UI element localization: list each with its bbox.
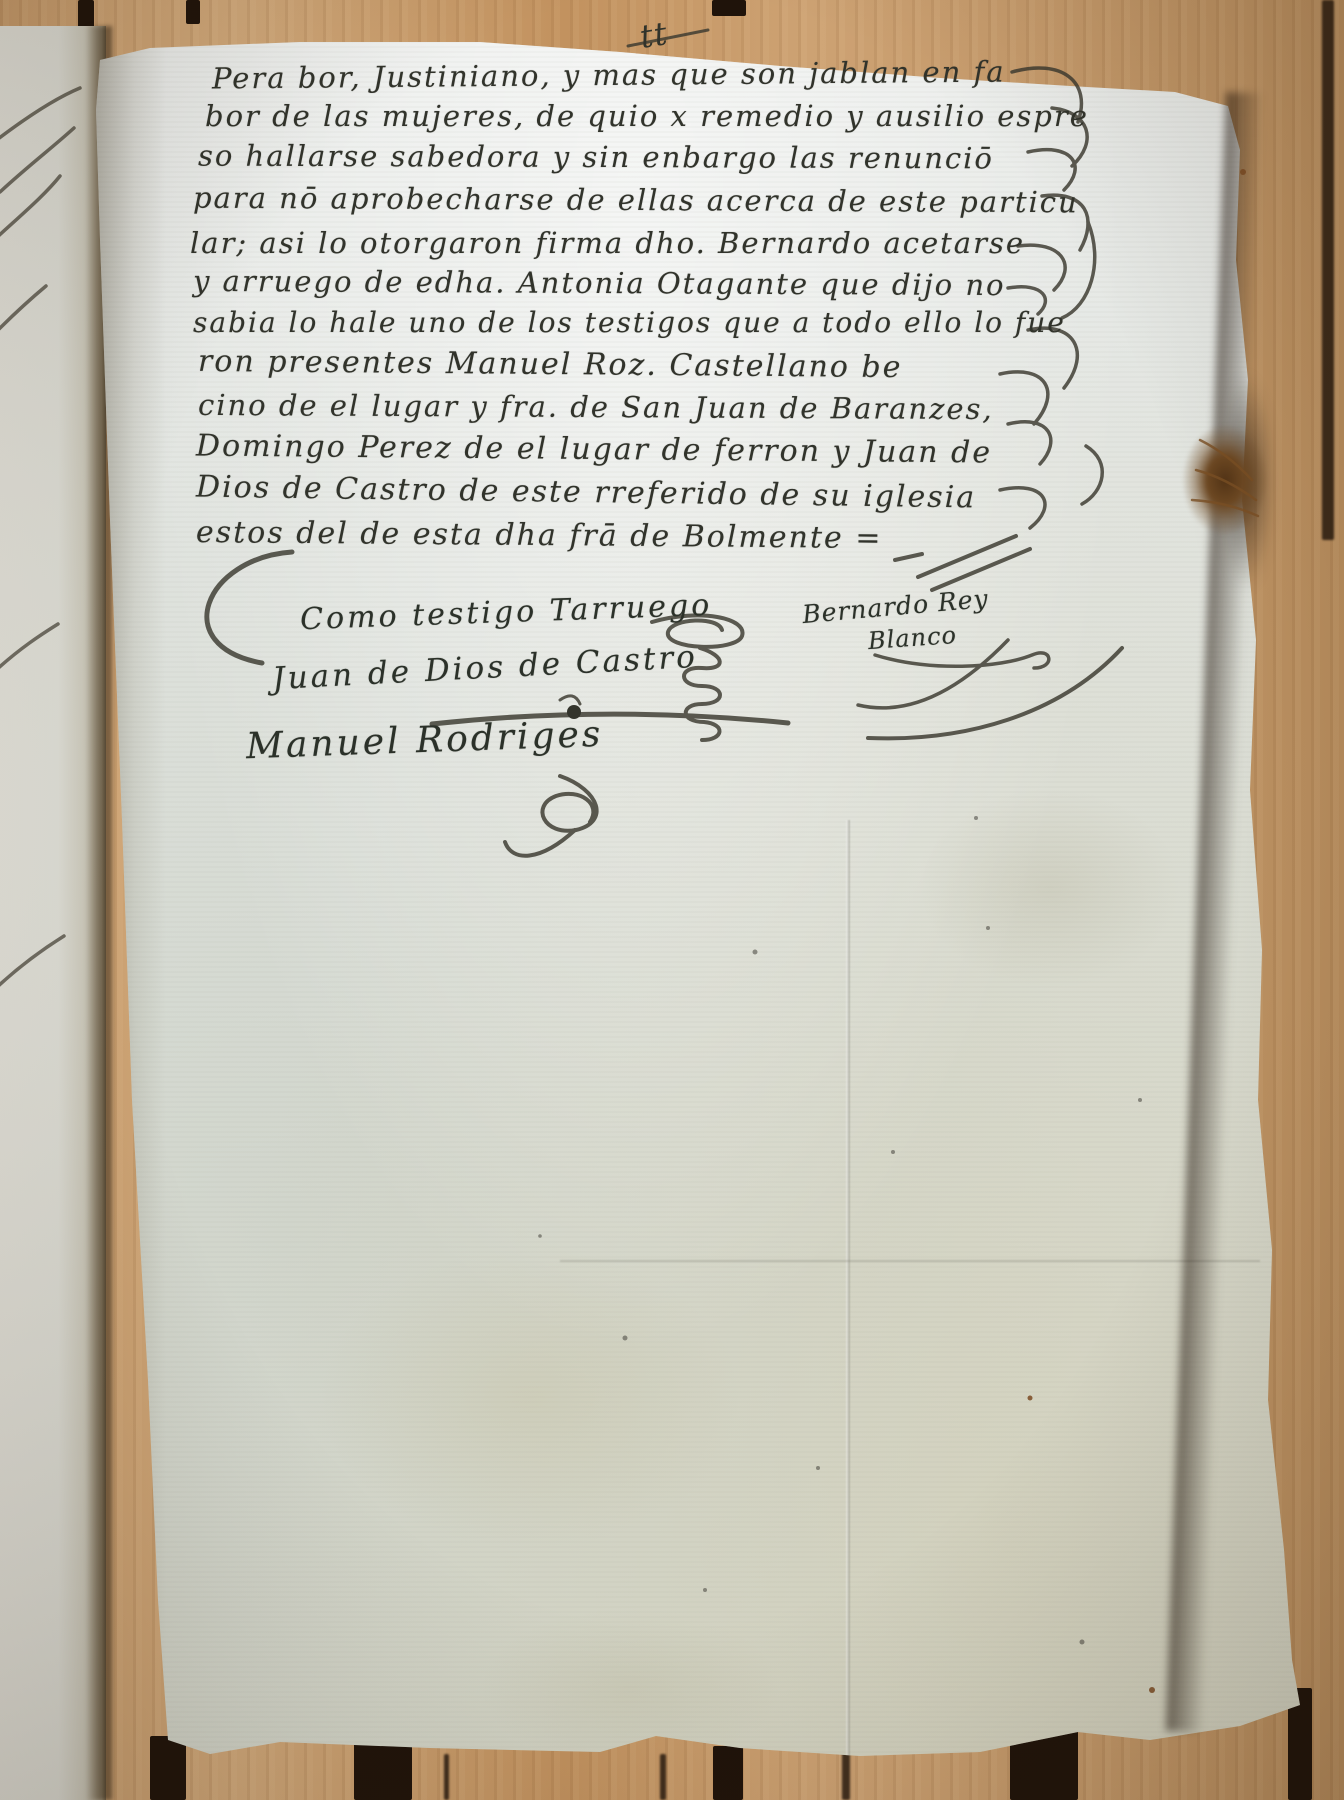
- manuscript-line: sabia lo hale uno de los testigos que a …: [193, 306, 1066, 339]
- manuscript-line: y arruego de edha. Antonia Otagante que …: [193, 264, 1006, 302]
- wood-plank-seam: [842, 1750, 850, 1800]
- vertical-crease: [846, 820, 850, 1760]
- wood-plank-seam: [444, 1754, 449, 1800]
- paper-stain: [320, 1248, 740, 1548]
- manuscript-line: so hallarse sabedora y sin enbargo las r…: [198, 139, 994, 176]
- manuscript-line: bor de las mujeres, de quio x remedio y …: [205, 99, 1089, 133]
- paper-stain: [920, 788, 1180, 988]
- manuscript-line: para nō aprobecharse de ellas acerca de …: [193, 181, 1079, 220]
- wood-plank-seam: [712, 0, 746, 16]
- manuscript-photo: tt Pera bor, Justiniano, y mas que son j…: [0, 0, 1344, 1800]
- wood-plank-seam: [713, 1746, 743, 1800]
- manuscript-line: Domingo Perez de el lugar de ferron y Ju…: [196, 429, 992, 471]
- wood-plank-seam: [186, 0, 200, 24]
- manuscript-line: cino de el lugar y fra. de San Juan de B…: [198, 388, 994, 426]
- header-cross-mark: tt: [637, 14, 670, 56]
- wood-plank-seam: [1322, 0, 1334, 540]
- manuscript-line: estos del de esta dha frā de Bolmente =: [196, 515, 883, 556]
- horizontal-crease: [560, 1260, 1260, 1262]
- manuscript-line: lar; asi lo otorgaron firma dho. Bernard…: [190, 226, 1025, 260]
- wood-plank-seam: [660, 1754, 666, 1800]
- manuscript-line: Pera bor, Justiniano, y mas que son jabl…: [212, 55, 1006, 96]
- manuscript-line: ron presentes Manuel Roz. Castellano be: [198, 344, 903, 385]
- wood-plank-seam: [150, 1736, 186, 1800]
